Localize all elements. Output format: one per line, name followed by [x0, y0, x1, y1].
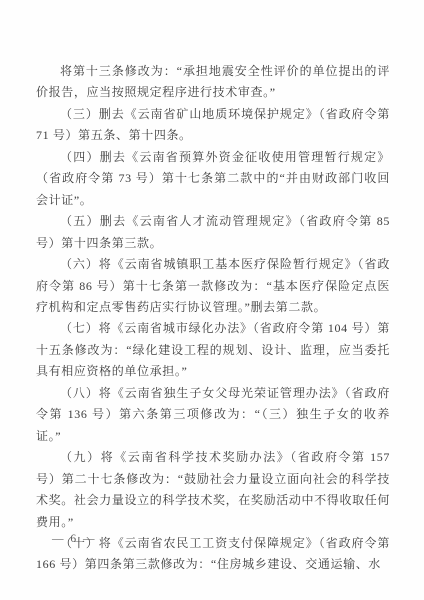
paragraph-item-9: （九）将《云南省科学技术奖励办法》（省政府令第 157 号）第二十七条修改为：“…: [36, 447, 390, 533]
paragraph-item-8: （八）将《云南省独生子女父母光荣证管理办法》（省政府令第 136 号）第六条第三…: [36, 383, 390, 447]
page-number: — 6 —: [52, 533, 97, 545]
paragraph-item-5: （五）删去《云南省人才流动管理规定》（省政府令第 85 号）第十四条第三款。: [36, 211, 390, 254]
paragraph-item-3: （三）删去《云南省矿山地质环境保护规定》（省政府令第 71 号）第五条、第十四条…: [36, 104, 390, 147]
paragraph-item-4: （四）删去《云南省预算外资金征收使用管理暂行规定》（省政府令第 73 号）第十七…: [36, 147, 390, 211]
document-body: 将第十三条修改为：“承担地震安全性评价的单位提出的评价报告，应当按照规定程序进行…: [36, 61, 390, 576]
paragraph-amend-13: 将第十三条修改为：“承担地震安全性评价的单位提出的评价报告，应当按照规定程序进行…: [36, 61, 390, 104]
paragraph-item-7: （七）将《云南省城市绿化办法》（省政府令第 104 号）第十五条修改为：“绿化建…: [36, 318, 390, 382]
paragraph-item-6: （六）将《云南省城镇职工基本医疗保险暂行规定》（省政府令第 86 号）第十七条第…: [36, 254, 390, 318]
document-page: 将第十三条修改为：“承担地震安全性评价的单位提出的评价报告，应当按照规定程序进行…: [0, 0, 424, 600]
